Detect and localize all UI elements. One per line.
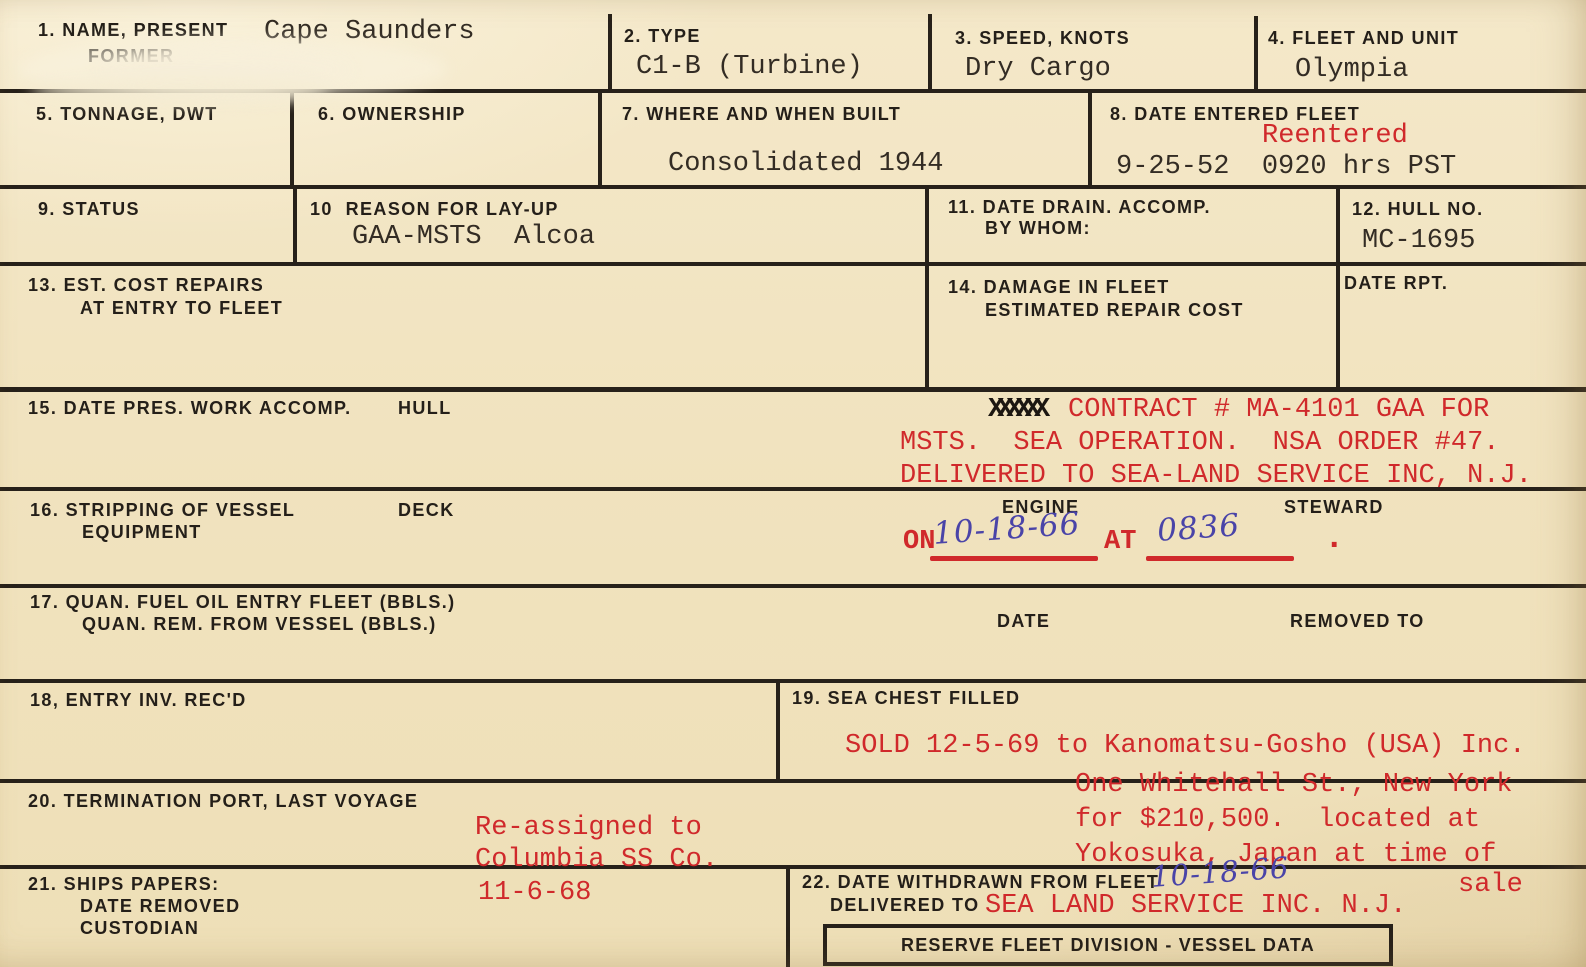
- field-12-value: MC-1695: [1362, 226, 1475, 256]
- delivery-period: .: [1324, 520, 1344, 558]
- field-19-label: 19. SEA CHEST FILLED: [792, 688, 1020, 709]
- rule-v9: [1336, 185, 1340, 388]
- field-1-label-former: FORMER: [88, 46, 174, 67]
- field-1-value: Cape Saunders: [264, 17, 475, 47]
- field-17-removed-to-label: REMOVED TO: [1290, 611, 1425, 632]
- delivery-time-handwriting: 0836: [1156, 507, 1241, 549]
- field-21-label2: DATE REMOVED: [80, 896, 240, 917]
- field-4-value: Olympia: [1295, 55, 1408, 85]
- field-3-value: Dry Cargo: [965, 54, 1111, 84]
- field-12-label: 12. HULL NO.: [1352, 199, 1484, 220]
- reassigned-stamp-line3: 11-6-68: [478, 878, 591, 908]
- field-11-label: 11. DATE DRAIN. ACCOMP.: [948, 197, 1211, 218]
- field-22-delivered-label: DELIVERED TO: [830, 895, 980, 916]
- field-16-label: 16. STRIPPING OF VESSEL: [30, 500, 295, 521]
- delivery-on-label: ON: [903, 527, 935, 557]
- field-7-value: Consolidated 1944: [668, 149, 943, 179]
- rule-h6: [0, 584, 1586, 588]
- reassigned-stamp-line2: Columbia SS Co.: [475, 845, 718, 875]
- field-6-label: 6. OWNERSHIP: [318, 104, 466, 125]
- field-8-reentered-stamp: Reentered: [1262, 121, 1408, 151]
- reassigned-stamp-line1: Re-assigned to: [475, 813, 702, 843]
- rule-v10: [776, 679, 780, 780]
- field-16-steward-label: STEWARD: [1284, 497, 1384, 518]
- vessel-data-card: 1. NAME, PRESENT FORMER Cape Saunders 2.…: [0, 0, 1586, 967]
- rule-v11: [786, 865, 790, 967]
- delivery-time-underline: [1146, 556, 1294, 561]
- field-17-label: 17. QUAN. FUEL OIL ENTRY FLEET (BBLS.): [30, 592, 456, 613]
- field-22-label: 22. DATE WITHDRAWN FROM FLEET: [802, 872, 1159, 893]
- field-16-label2: EQUIPMENT: [82, 522, 202, 543]
- footer-title: RESERVE FLEET DIVISION - VESSEL DATA: [901, 935, 1315, 956]
- contract-stamp-line1: CONTRACT # MA-4101 GAA FOR: [1068, 395, 1489, 425]
- field-17-date-label: DATE: [997, 611, 1050, 632]
- sold-sale-word: sale: [1458, 870, 1523, 900]
- field-2-value: C1-B (Turbine): [636, 52, 863, 82]
- field-13-label2: AT ENTRY TO FLEET: [80, 298, 283, 319]
- footer-title-box: RESERVE FLEET DIVISION - VESSEL DATA: [823, 924, 1393, 966]
- rule-h1: [0, 89, 1586, 93]
- field-13-label: 13. EST. COST REPAIRS: [28, 275, 264, 296]
- rule-v8: [925, 185, 929, 388]
- field-14-label2: ESTIMATED REPAIR COST: [985, 300, 1244, 321]
- rule-v3: [1254, 16, 1258, 90]
- field-5-label: 5. TONNAGE, DWT: [36, 104, 218, 125]
- rule-v2: [928, 14, 932, 90]
- sold-address-line1: One Whitehall St., New York: [1075, 770, 1512, 800]
- field-9-label: 9. STATUS: [38, 199, 140, 220]
- rule-h4: [0, 387, 1586, 392]
- contract-stamp-strikeover: XXXXXX: [988, 395, 1043, 425]
- field-14-label: 14. DAMAGE IN FLEET: [948, 277, 1170, 298]
- rule-v6: [1088, 89, 1092, 186]
- field-11-label-bywhom: BY WHOM:: [985, 218, 1091, 239]
- rule-h3: [0, 262, 1586, 266]
- contract-stamp-line3: DELIVERED TO SEA-LAND SERVICE INC, N.J.: [900, 461, 1532, 491]
- rule-v4: [290, 89, 294, 186]
- field-21-label: 21. SHIPS PAPERS:: [28, 874, 220, 895]
- delivered-to-stamp: SEA LAND SERVICE INC. N.J.: [985, 891, 1406, 921]
- delivery-date-handwriting: 10-18-66: [932, 506, 1081, 552]
- field-8-value: 9-25-52 0920 hrs PST: [1116, 152, 1456, 182]
- field-14-date-rpt-label: DATE RPT.: [1344, 273, 1448, 294]
- rule-v1: [608, 14, 612, 90]
- rule-v5: [598, 89, 602, 186]
- field-15-hull-label: HULL: [398, 398, 452, 419]
- field-16-deck-label: DECK: [398, 500, 455, 521]
- sold-address-line2: for $210,500. located at: [1075, 805, 1480, 835]
- field-4-label: 4. FLEET AND UNIT: [1268, 28, 1459, 49]
- rule-h7: [0, 679, 1586, 683]
- contract-stamp-line2: MSTS. SEA OPERATION. NSA ORDER #47.: [900, 428, 1500, 458]
- field-2-label: 2. TYPE: [624, 26, 701, 47]
- field-18-label: 18, ENTRY INV. REC'D: [30, 690, 247, 711]
- field-20-label: 20. TERMINATION PORT, LAST VOYAGE: [28, 791, 418, 812]
- field-15-label: 15. DATE PRES. WORK ACCOMP.: [28, 398, 352, 419]
- rule-h2: [0, 185, 1586, 189]
- field-17-label2: QUAN. REM. FROM VESSEL (BBLS.): [82, 614, 437, 635]
- field-21-label3: CUSTODIAN: [80, 918, 199, 939]
- field-10-label: 10 REASON FOR LAY-UP: [310, 199, 559, 220]
- field-10-value: GAA-MSTS Alcoa: [352, 222, 595, 252]
- delivery-at-label: AT: [1104, 527, 1136, 557]
- delivery-date-underline: [930, 556, 1098, 561]
- field-3-label: 3. SPEED, KNOTS: [955, 28, 1130, 49]
- field-1-label: 1. NAME, PRESENT: [38, 20, 228, 41]
- rule-v7: [293, 185, 297, 263]
- field-7-label: 7. WHERE AND WHEN BUILT: [622, 104, 901, 125]
- sold-stamp: SOLD 12-5-69 to Kanomatsu-Gosho (USA) In…: [845, 731, 1526, 761]
